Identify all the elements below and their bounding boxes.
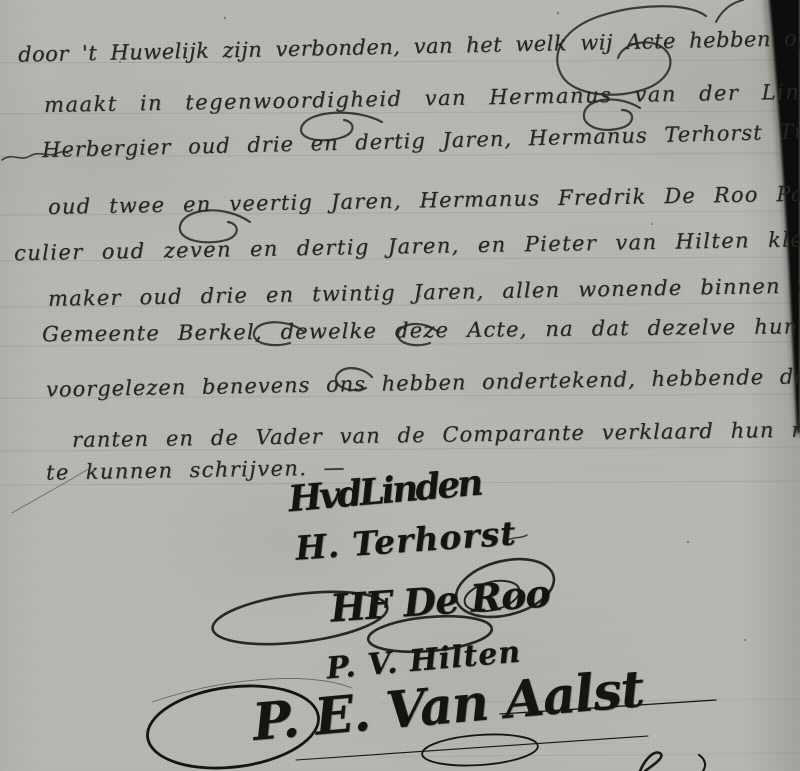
manuscript-line: culier oud zeven en dertig Jaren, en Pie… [14,229,800,264]
manuscript-line: maker oud drie en twintig Jaren, allen w… [48,275,800,310]
manuscript-line: ranten en de Vader van de Comparante ver… [72,418,800,451]
manuscript-page: door 't Huwelijk zijn verbonden, van het… [0,0,800,771]
manuscript-line: door 't Huwelijk zijn verbonden, van het… [18,27,800,65]
manuscript-line: Herbergier oud drie en dertig Jaren, Her… [42,120,800,161]
manuscript-line: maakt in tegenwoordigheid van Hermanus v… [44,81,800,116]
bottom-partial-strokes [640,753,705,771]
manuscript-line: Gemeente Berkel, dewelke deze Acte, na d… [42,316,800,346]
manuscript-line: voorgelezen benevens ons hebben ondertek… [46,364,800,400]
manuscript-line: oud twee en veertig Jaren, Hermanus Fred… [48,183,800,218]
signature-terhorst: H. Terhorst [294,513,518,567]
flourish-top-edge-curl [716,0,743,22]
signature-deroo: HF De Roo [329,570,551,630]
